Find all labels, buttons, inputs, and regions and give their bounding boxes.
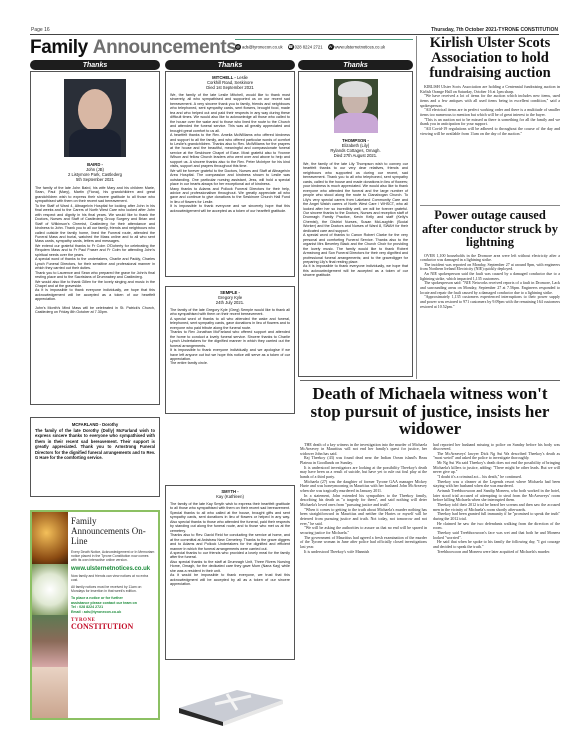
candles-image: [32, 512, 68, 564]
title-word-announcements: Announcements: [93, 37, 237, 59]
story-column-2: had reported her husband missing to poli…: [433, 443, 560, 555]
hands-image: [32, 667, 68, 719]
thanks-bar-col1: Thanks: [30, 60, 160, 70]
online-notices-advert[interactable]: Family Announcements On-Line Every Death…: [30, 510, 160, 720]
story-kirlish: Kirlish Ulster Scots Association to hold…: [420, 36, 560, 136]
story-column-1: THE death of a key witness in the invest…: [300, 443, 427, 555]
portrait-photo: [334, 79, 378, 133]
contact-email[interactable]: @ads@tyronecon.co.uk: [235, 44, 283, 50]
phone-icon: ☎: [288, 44, 294, 50]
email-icon: @: [235, 44, 241, 50]
contact-phone[interactable]: ☎028 8224 2721: [288, 44, 323, 50]
notice-header: MCFARLAND - Dorothy: [35, 422, 155, 427]
story-power-outage: Power outage caused after conductor stru…: [420, 209, 560, 309]
notice-mitchell: MITCHELL - Leslie Corkhill Road, Seskino…: [165, 71, 295, 277]
notice-header: SEMPLE - Gregory Kyle 24th July 2021.: [170, 290, 290, 305]
notice-header: BAIRD - John (JB) 2 Listymore Park, Cast…: [35, 162, 155, 182]
thanks-bar-col3: Thanks: [298, 60, 413, 70]
notice-thompson: THOMPSON - Elizabeth (Lily) Rylands Cott…: [298, 71, 413, 377]
notice-mcfarland: MCFARLAND - Dorothy The family of the la…: [30, 417, 160, 497]
title-word-family: Family: [30, 37, 88, 59]
story-michaela: Death of Michaela witness won't stop pur…: [300, 385, 560, 554]
headline: Kirlish Ulster Scots Association to hold…: [420, 36, 560, 81]
story-divider: [300, 380, 560, 381]
lily-image: [32, 564, 68, 616]
story-divider: [420, 205, 560, 206]
section-title: Family Announcements: [30, 36, 236, 60]
thanks-bar-col2: Thanks: [165, 60, 295, 70]
headline: Death of Michaela witness won't stop pur…: [300, 385, 560, 438]
embrace-image: [32, 615, 68, 667]
contact-bar: @ads@tyronecon.co.uk ☎028 8224 2721 Wwww…: [235, 39, 413, 53]
notice-header: THOMPSON - Elizabeth (Lily) Rylands Cott…: [303, 138, 408, 158]
bible-icon: [175, 686, 285, 726]
advert-images: [32, 512, 68, 718]
portrait-photo: [64, 79, 126, 157]
notice-header: MITCHELL - Leslie Corkhill Road, Seskino…: [170, 75, 290, 90]
notice-smyth: SMYTH - Kay (Kathleen) The family of the…: [165, 485, 295, 660]
page-number: Page 16: [31, 27, 50, 33]
advert-title: Family Announcements On-Line: [71, 516, 155, 546]
notice-semple: SEMPLE - Gregory Kyle 24th July 2021. Th…: [165, 286, 295, 414]
contact-website[interactable]: Wwww.ulsternetnotices.co.uk: [328, 44, 386, 50]
notice-baird: BAIRD - John (JB) 2 Listymore Park, Cast…: [30, 71, 160, 405]
dateline: Thursday, 7th October 2021-TYRONE CONSTI…: [431, 27, 558, 33]
web-icon: W: [328, 44, 334, 50]
advert-url-link[interactable]: www.ulsternetnotices.co.uk: [71, 566, 155, 572]
notice-header: SMYTH - Kay (Kathleen): [170, 489, 290, 499]
column-rule: [416, 36, 417, 379]
tyrone-constitution-logo: TYRONE CONSTITUTION: [71, 618, 155, 631]
headline: Power outage caused after conductor stru…: [420, 209, 560, 250]
